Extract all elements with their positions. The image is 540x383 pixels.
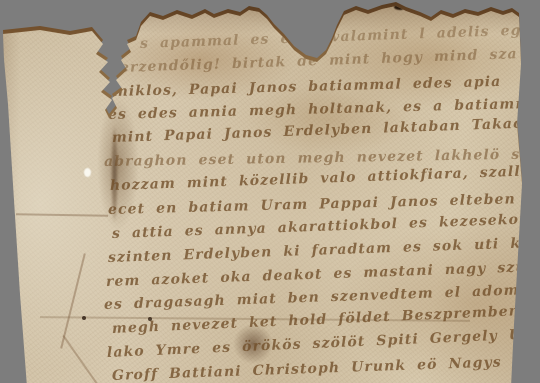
diagonal-crease	[60, 253, 86, 349]
burnt-edge-speck	[328, 14, 334, 19]
scan-background: s apammal es edes valamint l adelis eggy…	[0, 0, 540, 383]
manuscript-paper: s apammal es edes valamint l adelis eggy…	[0, 4, 540, 383]
diagonal-crease	[62, 335, 99, 383]
handwritten-line-3: miklos, Papai Janos batiammal edes apia	[113, 74, 502, 100]
paper-highlight-fleck	[84, 168, 91, 177]
horizontal-crease	[16, 213, 108, 217]
ink-speck	[82, 316, 86, 320]
